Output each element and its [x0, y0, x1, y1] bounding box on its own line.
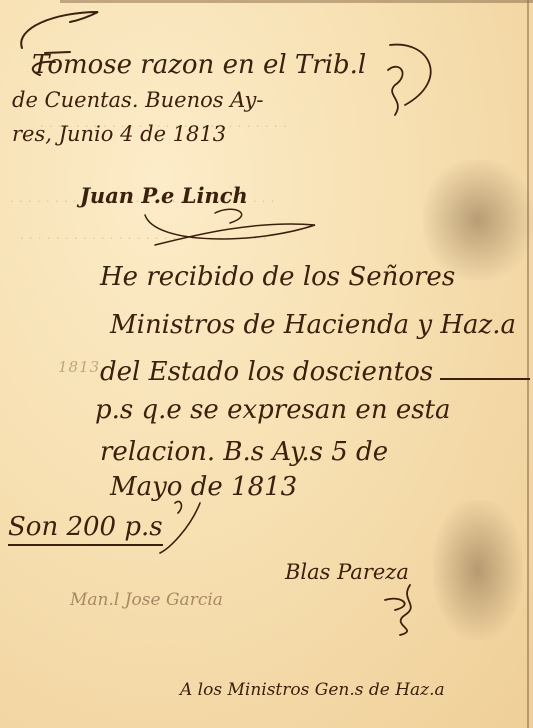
line-filler [440, 378, 530, 380]
signature-rubric [135, 205, 335, 255]
header-line-1: Tomose razon en el Trib.l [32, 50, 366, 80]
body-line-1: He recibido de los Señores [100, 262, 455, 292]
header-line-3: res, Junio 4 de 1813 [12, 122, 226, 146]
bleed-through-year: 1813 [58, 358, 100, 376]
footer-address: A los Ministros Gen.s de Haz.a [180, 680, 445, 700]
header-line-2: de Cuentas. Buenos Ay- [12, 88, 263, 112]
stain-right-lower [433, 500, 523, 640]
body-line-2: Ministros de Hacienda y Haz.a [110, 310, 516, 340]
manuscript-page: · · · · · · · · · · · · · · · · · · · · … [0, 0, 533, 728]
header-flourish [370, 40, 450, 130]
amount-flourish [150, 498, 220, 558]
page-top-edge [60, 0, 533, 3]
body-line-4: p.s q.e se expresan en esta [95, 395, 451, 425]
signature-rubric-blas [370, 580, 430, 640]
body-line-5: relacion. B.s Ay.s 5 de [100, 437, 388, 467]
amount-total: Son 200 p.s [8, 512, 163, 546]
body-line-3: del Estado los doscientos [100, 357, 433, 387]
signature-faint-garcia: Man.l Jose Garcia [70, 590, 223, 610]
page-right-edge [527, 0, 529, 728]
